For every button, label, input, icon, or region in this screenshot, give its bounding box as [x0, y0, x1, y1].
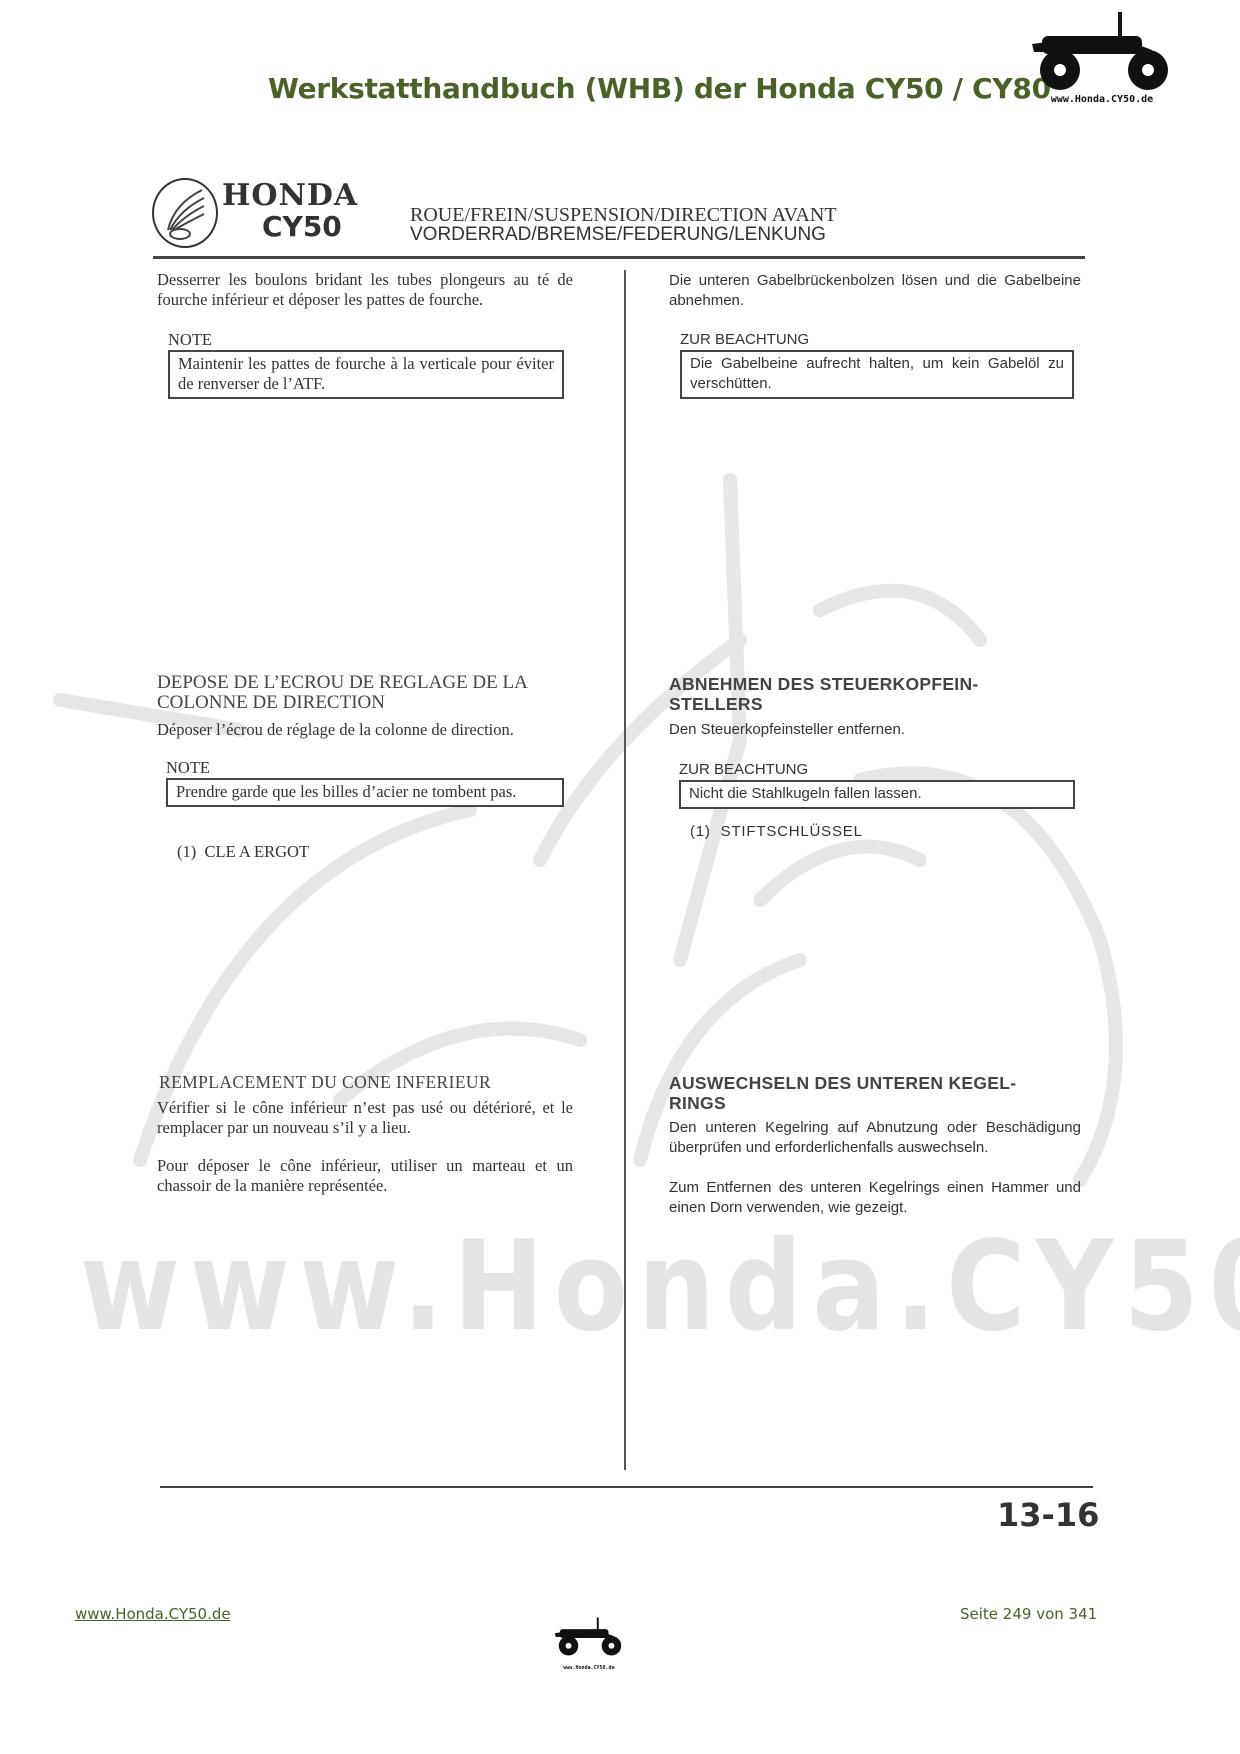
document-title: Werkstatthandbuch (WHB) der Honda CY50 /…: [268, 72, 1051, 105]
header-divider: [153, 256, 1085, 259]
column-divider: [624, 270, 626, 1470]
website-link[interactable]: www.Honda.CY50.de: [75, 1605, 231, 1623]
fr-callout: (1) CLE A ERGOT: [177, 842, 309, 862]
fr-section-title: DEPOSE DE L’ECROU DE REGLAGE DE LA COLON…: [157, 673, 577, 713]
de-section-title: AUSWECHSELN DES UNTEREN KEGEL-RINGS: [669, 1073, 1049, 1113]
brand-name: HONDA: [222, 178, 358, 213]
de-paragraph: Zum Entfernen des unteren Kegelrings ein…: [669, 1178, 1081, 1218]
site-logo: www.Honda.CY50.de: [1022, 6, 1182, 111]
note-box: Maintenir les pattes de fourche à la ver…: [168, 350, 564, 399]
footer-divider: [160, 1486, 1093, 1488]
logo-caption: www.Honda.CY50.de: [1022, 94, 1182, 105]
watermark-text: www.Honda.CY50.de: [80, 1215, 1240, 1359]
de-section-text: Den Steuerkopfeinsteller entfernen.: [669, 720, 1081, 740]
note-label: ZUR BEACHTUNG: [680, 330, 1074, 350]
motorcycle-silhouette-icon: [550, 1612, 628, 1660]
note-label: NOTE: [166, 758, 564, 778]
note-box: Die Gabelbeine aufrecht halten, um kein …: [680, 350, 1074, 399]
model-name: CY50: [262, 210, 342, 243]
de-intro: Die unteren Gabelbrückenbolzen lösen und…: [669, 271, 1081, 311]
logo-caption: www.Honda.CY50.de: [550, 1665, 628, 1671]
fr-section-title: REMPLACEMENT DU CONE INFERIEUR: [159, 1072, 579, 1092]
note-label: ZUR BEACHTUNG: [679, 760, 1075, 780]
fr-paragraph: Pour déposer le cône inférieur, utiliser…: [157, 1156, 573, 1196]
footer-logo: www.Honda.CY50.de: [550, 1612, 628, 1670]
fr-note-1: NOTE Maintenir les pattes de fourche à l…: [168, 330, 564, 399]
note-box: Prendre garde que les billes d’acier ne …: [166, 778, 564, 807]
fr-paragraph: Vérifier si le cône inférieur n’est pas …: [157, 1098, 573, 1138]
motorcycle-silhouette-icon: [1022, 6, 1182, 94]
de-paragraph: Den unteren Kegelring auf Abnutzung oder…: [669, 1118, 1081, 1158]
note-box: Nicht die Stahlkugeln fallen lassen.: [679, 780, 1075, 809]
note-label: NOTE: [168, 330, 564, 350]
honda-wing-icon: [152, 178, 218, 248]
manual-page-number: 13-16: [997, 1496, 1099, 1534]
de-note-2: ZUR BEACHTUNG Nicht die Stahlkugeln fall…: [679, 760, 1075, 809]
fr-note-2: NOTE Prendre garde que les billes d’acie…: [166, 758, 564, 807]
fr-section-text: Déposer l’écrou de réglage de la colonne…: [157, 720, 577, 740]
de-callout: (1) STIFTSCHLÜSSEL: [690, 822, 863, 842]
chapter-title-de: VORDERRAD/BREMSE/FEDERUNG/LENKUNG: [410, 224, 826, 246]
page-counter: Seite 249 von 341: [960, 1605, 1097, 1623]
de-note-1: ZUR BEACHTUNG Die Gabelbeine aufrecht ha…: [680, 330, 1074, 399]
de-section-title: ABNEHMEN DES STEUERKOPFEIN-STELLERS: [669, 674, 1029, 714]
fr-intro: Desserrer les boulons bridant les tubes …: [157, 270, 573, 310]
